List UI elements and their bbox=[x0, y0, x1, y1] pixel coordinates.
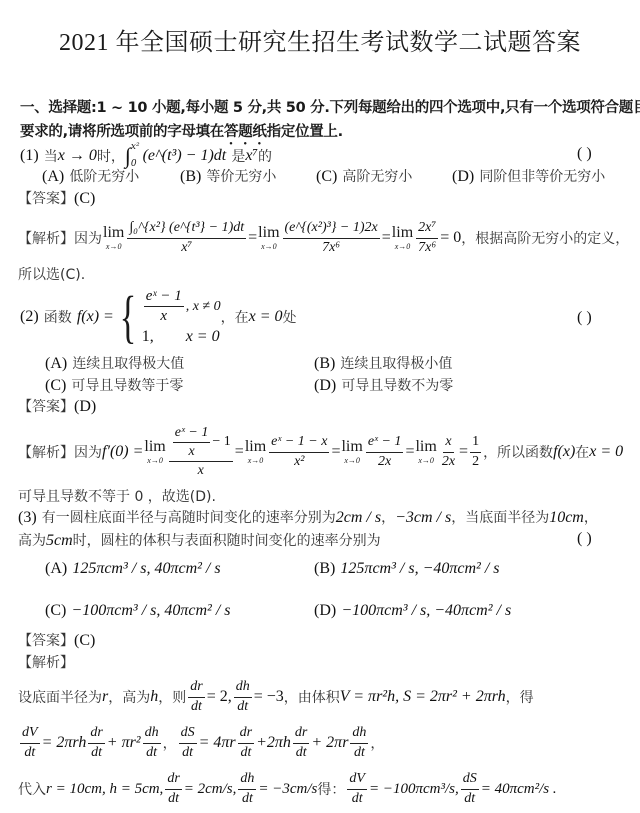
limit: limx→0 bbox=[258, 225, 279, 251]
q1-text: 当 bbox=[44, 146, 58, 166]
option-text: 可导且导数不为零 bbox=[341, 378, 453, 394]
fraction: eˣ − 1 − xx² bbox=[269, 434, 329, 469]
q2-analysis: 【解析】 因为 f′(0) = limx→0 eˣ − 1x − 1 x = l… bbox=[18, 418, 623, 486]
q1-option-c: (C) 高阶无穷小 bbox=[316, 166, 412, 186]
math-fragment: x bbox=[158, 307, 169, 325]
math-fragment: 2x bbox=[440, 453, 457, 470]
q3-text: ， bbox=[584, 510, 598, 526]
math-fragment: ， bbox=[163, 733, 177, 753]
math-fragment: − 1 bbox=[212, 434, 230, 450]
math-fragment: dr bbox=[238, 725, 254, 743]
q3-option-a: (A) 125πcm³ / s, 40πcm² / s bbox=[45, 558, 221, 578]
math-fragment: eˣ − 1x bbox=[144, 288, 184, 326]
math-fragment: x→0 bbox=[147, 457, 163, 465]
option-text: 高阶无穷小 bbox=[342, 169, 412, 185]
q2-text: 处 bbox=[283, 307, 297, 327]
math-fragment: dV bbox=[347, 771, 367, 789]
answer-value: (D) bbox=[74, 398, 96, 415]
math-fragment: lim bbox=[415, 439, 436, 455]
math-fragment: 7x⁶ bbox=[416, 239, 438, 256]
math-fragment: dS bbox=[179, 725, 197, 743]
option-key: (A) bbox=[45, 560, 67, 577]
math-fragment: dh bbox=[234, 679, 252, 697]
fraction: ∫₀^{x²} (e^{t³} − 1)dtx⁷ bbox=[127, 220, 246, 255]
math-fragment: eˣ − 1x , x ≠ 0 bbox=[142, 288, 221, 326]
math-fragment: dt bbox=[180, 744, 195, 761]
math-fragment: 1, bbox=[142, 328, 186, 346]
option-key: (A) bbox=[45, 355, 67, 372]
math-fragment: x² bbox=[292, 453, 306, 470]
analysis-label: 【解析】 bbox=[18, 228, 74, 248]
math-fragment: x→0 bbox=[248, 457, 264, 465]
q3-stem-line2: 高为5cm时，圆柱的体积与表面积随时间变化的速率分别为 bbox=[18, 530, 381, 550]
math-fragment: { bbox=[119, 288, 136, 346]
q1-number: (1) bbox=[20, 147, 39, 165]
math-fragment: = 4πr bbox=[199, 734, 236, 752]
math-fragment: dt bbox=[166, 790, 181, 807]
analysis-label: 【解析】 bbox=[18, 442, 74, 462]
option-text: 连续且取得极小值 bbox=[340, 356, 452, 372]
math-fragment: lim bbox=[392, 225, 413, 241]
math-fragment: = bbox=[235, 443, 244, 461]
q1-answer-blank: ( ) bbox=[577, 145, 592, 163]
q1-conclusion: 所以选(C). bbox=[18, 264, 85, 284]
q2-function: f(x) = bbox=[77, 308, 114, 326]
math-fragment: lim bbox=[258, 225, 279, 241]
math-fragment: dVdt bbox=[20, 725, 40, 760]
math-fragment: lim bbox=[103, 225, 124, 241]
option-key: (C) bbox=[45, 377, 66, 394]
function-ref: f(x) bbox=[553, 443, 575, 461]
math-fragment: x→0 bbox=[344, 457, 360, 465]
math-fragment: 1 bbox=[470, 434, 481, 452]
option-key: (B) bbox=[180, 168, 201, 185]
fraction-half: 12 bbox=[470, 434, 481, 469]
math-fragment: ，由体积 bbox=[284, 687, 340, 707]
math-fragment: dhdt bbox=[234, 679, 252, 714]
option-text: 125πcm³ / s, −40πcm² / s bbox=[340, 560, 499, 577]
math-fragment: limx→0 bbox=[415, 439, 436, 465]
math-fragment: dt bbox=[144, 744, 159, 761]
math-fragment: dt bbox=[352, 744, 367, 761]
math-fragment: dr bbox=[88, 725, 104, 743]
math-fragment: 2 bbox=[470, 453, 481, 470]
q3-analysis-line2: dVdt = 2πrh drdt + πr² dhdt ， dSdt = 4πr… bbox=[18, 720, 384, 766]
option-key: (A) bbox=[42, 168, 64, 185]
math-fragment: lim bbox=[144, 439, 165, 455]
math-fragment: eˣ − 1 bbox=[144, 288, 184, 307]
option-text: 等价无穷小 bbox=[206, 169, 276, 185]
math-fragment: dhdt bbox=[143, 725, 161, 760]
math-fragment: = 2πrh bbox=[42, 734, 87, 752]
math-fragment: = bbox=[331, 443, 340, 461]
q2-text: 函数 bbox=[44, 307, 72, 327]
option-text: 同阶但非等价无穷小 bbox=[479, 169, 605, 185]
math-fragment: dt bbox=[294, 744, 309, 761]
answer-label: 【答案】 bbox=[18, 399, 74, 415]
math-fragment: x→0 bbox=[395, 243, 411, 251]
limit: limx→0 bbox=[103, 225, 124, 251]
math-fragment: limx→0 bbox=[144, 439, 165, 465]
math-fragment: ，高为 bbox=[108, 687, 150, 707]
math-fragment: = bbox=[459, 443, 468, 461]
fraction: eˣ − 1x − 1 x bbox=[169, 425, 233, 479]
math-fragment: lim bbox=[341, 439, 362, 455]
q1-x7: x⁷ bbox=[245, 147, 258, 165]
math-fragment: drdt bbox=[88, 725, 104, 760]
math-fragment: dhdt bbox=[238, 771, 256, 806]
math-fragment: drdt bbox=[293, 725, 309, 760]
math-fragment: = −100πcm³/s, bbox=[369, 781, 459, 798]
derivative: f′(0) = bbox=[102, 443, 143, 461]
math-fragment: = 40πcm²/s . bbox=[481, 781, 557, 798]
math-fragment: V = πr²h, S = 2πr² + 2πrh bbox=[340, 688, 506, 706]
q2-conclusion: 可导且导数不等于 0 ，故选(D). bbox=[18, 486, 216, 506]
math-fragment: 代入 bbox=[18, 779, 46, 799]
math-fragment: 2x bbox=[376, 453, 393, 470]
integral-upper: x² bbox=[131, 142, 140, 153]
point-ref: x = 0 bbox=[589, 443, 623, 461]
math-fragment: = 2, bbox=[207, 688, 232, 706]
math-fragment: r = 10cm, h = 5cm, bbox=[46, 781, 163, 798]
q1-text: 是 bbox=[231, 146, 245, 166]
math-fragment: = bbox=[248, 229, 257, 247]
math-fragment: x bbox=[186, 443, 196, 460]
math-fragment: dr bbox=[293, 725, 309, 743]
math-fragment: 设底面半径为 bbox=[18, 687, 102, 707]
q1-answer: 【答案】(C) bbox=[18, 188, 95, 208]
option-text: 可导且导数等于零 bbox=[71, 378, 183, 394]
q2-answer: 【答案】(D) bbox=[18, 396, 96, 416]
math-fragment: drdt bbox=[165, 771, 181, 806]
q3-number: (3) bbox=[18, 509, 37, 526]
math-fragment: ∫₀^{x²} (e^{t³} − 1)dt bbox=[127, 220, 246, 238]
q3-text: 时，圆柱的体积与表面积随时间变化的速率分别为 bbox=[73, 533, 381, 549]
q2-answer-blank: ( ) bbox=[577, 309, 592, 327]
math-fragment: dr bbox=[188, 679, 204, 697]
document-title: 2021 年全国硕士研究生招生考试数学二试题答案 bbox=[0, 22, 640, 57]
math-fragment: = −3 bbox=[254, 688, 284, 706]
q2-option-b: (B) 连续且取得极小值 bbox=[314, 353, 452, 373]
q2-option-d: (D) 可导且导数不为零 bbox=[314, 375, 453, 395]
q3-option-b: (B) 125πcm³ / s, −40πcm² / s bbox=[314, 558, 500, 578]
q3-answer-blank: ( ) bbox=[577, 530, 592, 548]
option-key: (B) bbox=[314, 355, 335, 372]
math-fragment: ，则 bbox=[158, 687, 186, 707]
math-fragment: lim bbox=[245, 439, 266, 455]
math-fragment: x bbox=[443, 434, 453, 452]
math-fragment: + πr² bbox=[107, 734, 141, 752]
analysis-result: = 0 bbox=[440, 229, 461, 247]
math-fragment: eˣ − 1x − 1 bbox=[169, 425, 233, 462]
option-key: (D) bbox=[314, 602, 336, 619]
option-key: (D) bbox=[452, 168, 474, 185]
math-fragment: dt bbox=[189, 698, 204, 715]
q1-option-a: (A) 低阶无穷小 bbox=[42, 166, 139, 186]
q2-x0: x = 0 bbox=[249, 308, 283, 326]
analysis-text: ，根据高阶无穷小的定义， bbox=[461, 228, 629, 248]
q2-number: (2) bbox=[20, 308, 39, 326]
option-key: (C) bbox=[45, 602, 66, 619]
q2-option-c: (C) 可导且导数等于零 bbox=[45, 375, 183, 395]
math-fragment: , x ≠ 0 bbox=[186, 299, 221, 315]
math-fragment: ，得 bbox=[506, 687, 534, 707]
option-text: 125πcm³ / s, 40πcm² / s bbox=[72, 560, 220, 577]
q2-stem: (2) 函数 f(x) = { eˣ − 1x , x ≠ 0 1, x = 0… bbox=[20, 286, 297, 348]
math-fragment: ， bbox=[370, 733, 384, 753]
option-text: 低阶无穷小 bbox=[69, 169, 139, 185]
math-fragment: eˣ − 1 bbox=[366, 434, 404, 452]
math-fragment: drdt bbox=[188, 679, 204, 714]
q1-text: 时， bbox=[97, 146, 125, 166]
math-fragment: drdt bbox=[238, 725, 254, 760]
q1-analysis: 【解析】 因为 limx→0 ∫₀^{x²} (e^{t³} − 1)dtx⁷ … bbox=[18, 210, 629, 266]
math-fragment: limx→0 bbox=[245, 439, 266, 465]
q3-analysis-line3: 代入 r = 10cm, h = 5cm, drdt = 2cm/s, dhdt… bbox=[18, 766, 557, 812]
answer-label: 【答案】 bbox=[18, 191, 74, 207]
q1-limit-cond: x → 0 bbox=[58, 147, 97, 165]
math-fragment: + 2πr bbox=[311, 734, 348, 752]
math-fragment: dh bbox=[143, 725, 161, 743]
q1-option-d: (D) 同阶但非等价无穷小 bbox=[452, 166, 605, 186]
math-fragment: = 2cm/s, bbox=[184, 781, 237, 798]
math-fragment: dS bbox=[461, 771, 479, 789]
q3-answer: 【答案】(C) bbox=[18, 630, 95, 650]
q3-rate-h: −3cm / s bbox=[395, 509, 451, 526]
q3-stem-line1: (3) 有一圆柱底面半径与高随时间变化的速率分别为2cm / s，−3cm / … bbox=[18, 507, 598, 527]
q3-text: 有一圆柱底面半径与高随时间变化的速率分别为 bbox=[42, 510, 336, 526]
math-fragment: +2πh bbox=[256, 734, 291, 752]
math-fragment: eˣ − 1x bbox=[173, 425, 211, 460]
math-fragment: dt bbox=[240, 790, 255, 807]
q2-option-a: (A) 连续且取得极大值 bbox=[45, 353, 184, 373]
math-fragment: 1, x = 0 bbox=[142, 328, 221, 346]
math-fragment: h bbox=[150, 688, 158, 706]
math-fragment: x→0 bbox=[261, 243, 277, 251]
option-text: 连续且取得极大值 bbox=[72, 356, 184, 372]
fraction: 2x⁷7x⁶ bbox=[416, 220, 438, 255]
math-fragment: dr bbox=[165, 771, 181, 789]
analysis-text: 因为 bbox=[74, 228, 102, 248]
q3-text: 高为 bbox=[18, 533, 46, 549]
answer-value: (C) bbox=[74, 632, 95, 649]
math-fragment: x→0 bbox=[106, 243, 122, 251]
limit: limx→0 bbox=[392, 225, 413, 251]
fraction: eˣ − 12x bbox=[366, 434, 404, 469]
option-key: (B) bbox=[314, 560, 335, 577]
math-fragment: x = 0 bbox=[186, 328, 220, 346]
math-fragment: dh bbox=[350, 725, 368, 743]
analysis-text: ，所以函数 bbox=[483, 442, 553, 462]
analysis-text: 因为 bbox=[74, 442, 102, 462]
math-fragment: dSdt bbox=[179, 725, 197, 760]
option-text: −100πcm³ / s, 40πcm² / s bbox=[71, 602, 230, 619]
q1-option-b: (B) 等价无穷小 bbox=[180, 166, 276, 186]
section-instructions-line1: 一、选择题:1 ~ 10 小题,每小题 5 分,共 50 分.下列每题给出的四个… bbox=[20, 96, 640, 117]
math-fragment: eˣ − 1 bbox=[173, 425, 211, 443]
option-text: −100πcm³ / s, −40πcm² / s bbox=[341, 602, 511, 619]
option-key: (C) bbox=[316, 168, 337, 185]
q3-h-value: 5cm bbox=[46, 532, 73, 549]
document-page: 2021 年全国硕士研究生招生考试数学二试题答案 一、选择题:1 ~ 10 小题… bbox=[0, 0, 640, 813]
q3-option-c: (C) −100πcm³ / s, 40πcm² / s bbox=[45, 600, 231, 620]
option-key: (D) bbox=[314, 377, 336, 394]
q3-r-value: 10cm bbox=[549, 509, 584, 526]
math-fragment: x bbox=[196, 462, 206, 479]
q3-analysis-line1: 设底面半径为r，高为h，则 drdt = 2, dhdt = −3 ，由体积 V… bbox=[18, 674, 534, 720]
answer-value: (C) bbox=[74, 190, 95, 207]
q1-text: 的 bbox=[258, 146, 272, 166]
math-fragment: dV bbox=[20, 725, 40, 743]
math-fragment: dh bbox=[238, 771, 256, 789]
q3-sep: ， bbox=[381, 510, 395, 526]
piecewise: { eˣ − 1x , x ≠ 0 1, x = 0 bbox=[114, 288, 221, 346]
fraction: x2x bbox=[440, 434, 457, 469]
math-fragment: x→0 bbox=[418, 457, 434, 465]
q3-rate-r: 2cm / s bbox=[336, 509, 381, 526]
math-fragment: eˣ − 1x , x ≠ 0 1, x = 0 bbox=[142, 288, 221, 346]
math-fragment: = bbox=[382, 229, 391, 247]
math-fragment: 7x⁶ bbox=[320, 239, 342, 256]
math-fragment: (e^{(x²)³} − 1)2x bbox=[283, 220, 380, 238]
math-fragment: dhdt bbox=[350, 725, 368, 760]
math-fragment: = bbox=[405, 443, 414, 461]
math-fragment: dt bbox=[462, 790, 477, 807]
analysis-text: 在 bbox=[575, 442, 589, 462]
q3-analysis-label: 【解析】 bbox=[18, 652, 74, 672]
math-fragment: dSdt bbox=[461, 771, 479, 806]
fraction: (e^{(x²)³} − 1)2x7x⁶ bbox=[283, 220, 380, 255]
answer-label: 【答案】 bbox=[18, 633, 74, 649]
math-fragment: dVdt bbox=[347, 771, 367, 806]
math-fragment: dt bbox=[89, 744, 104, 761]
instructions-text-end: 指定位置上. bbox=[267, 124, 343, 140]
integrand: (e^(t³) − 1)dt bbox=[143, 147, 227, 165]
math-fragment: dt bbox=[238, 744, 253, 761]
math-fragment: 得： bbox=[317, 779, 345, 799]
math-fragment: = −3cm/s bbox=[258, 781, 317, 798]
math-fragment: 2x⁷ bbox=[416, 220, 438, 238]
q2-text: ，在 bbox=[221, 307, 249, 327]
math-fragment: dt bbox=[22, 744, 37, 761]
math-fragment: limx→0 bbox=[341, 439, 362, 465]
q3-option-d: (D) −100πcm³ / s, −40πcm² / s bbox=[314, 600, 511, 620]
math-fragment: dt bbox=[235, 698, 250, 715]
math-fragment: eˣ − 1 − x bbox=[269, 434, 329, 452]
math-fragment: x⁷ bbox=[179, 239, 194, 256]
math-fragment: dt bbox=[350, 790, 365, 807]
q3-text: ，当底面半径为 bbox=[451, 510, 549, 526]
